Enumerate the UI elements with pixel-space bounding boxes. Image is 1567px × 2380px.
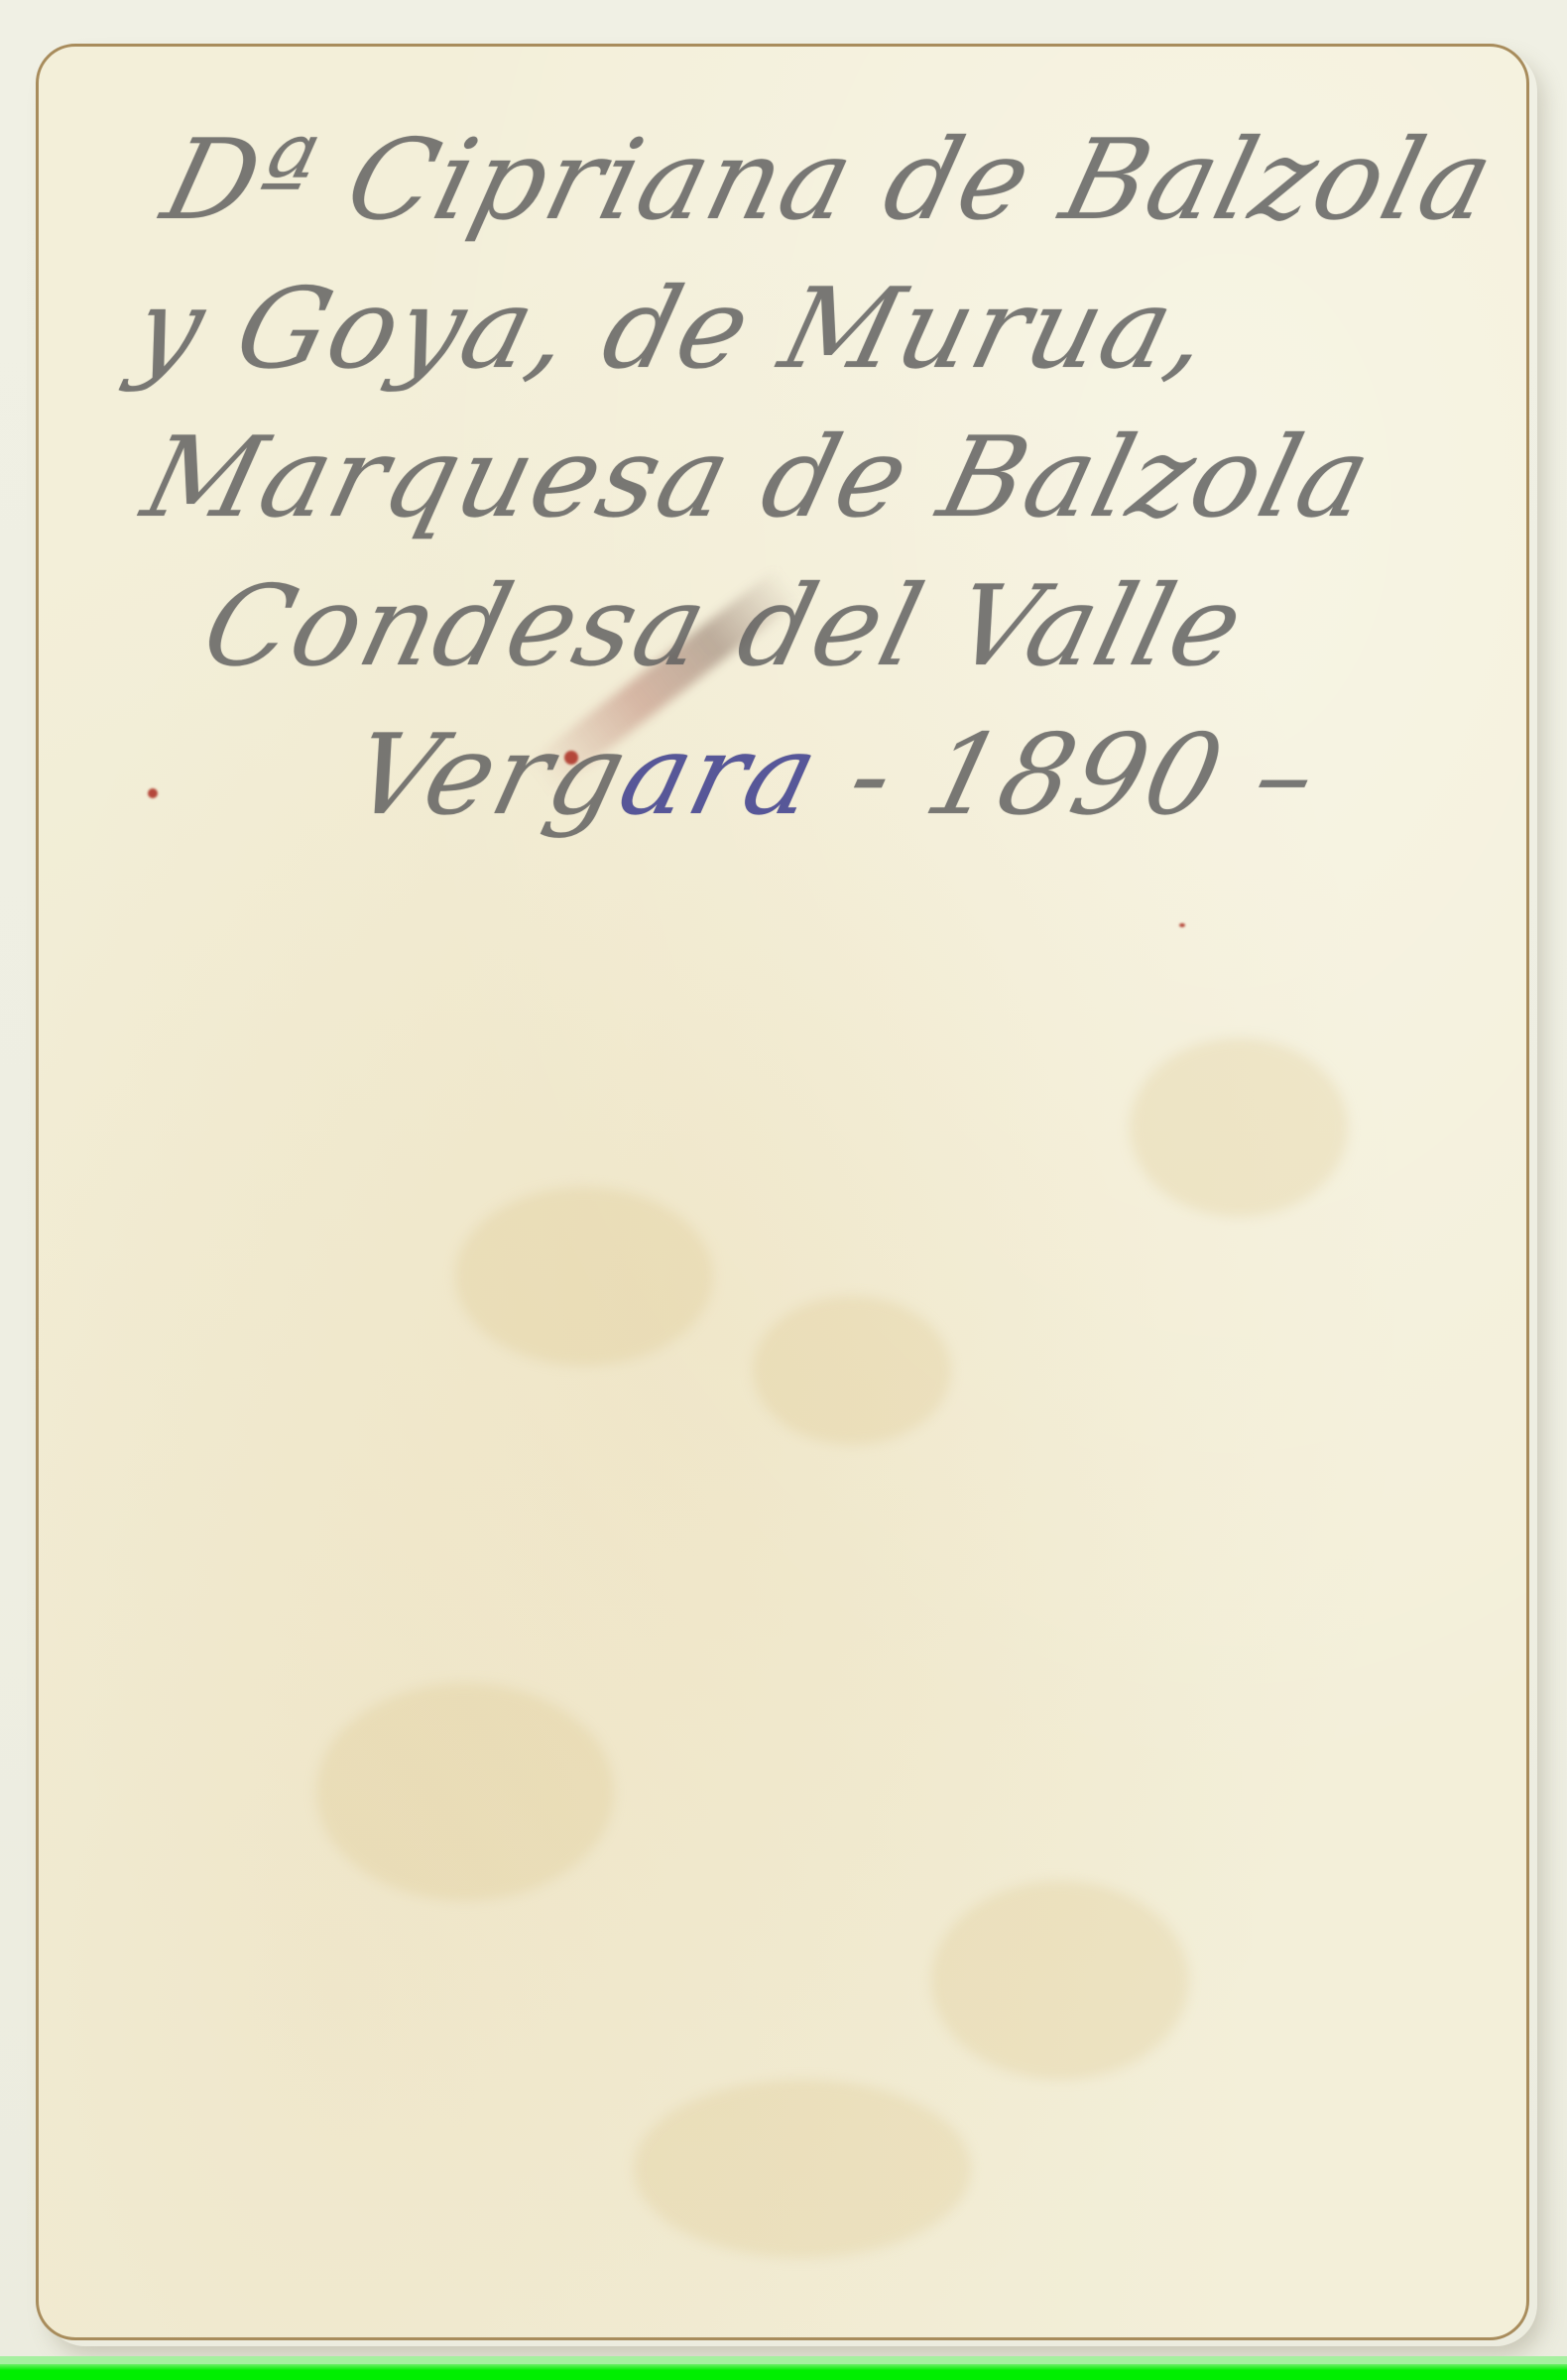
foxing-stain [753, 1296, 951, 1445]
scan-color-bar [0, 2364, 1567, 2380]
inscription-line-surname: y Goya, de Murua, [119, 255, 1455, 404]
foxing-stain [455, 1187, 713, 1366]
red-mark [1179, 923, 1185, 927]
foxing-stain [634, 2080, 971, 2258]
inscription-line-title-marquesa: Marquesa de Balzola [129, 404, 1455, 552]
scan-background: Dª Cipriana de Balzola y Goya, de Murua,… [0, 0, 1567, 2380]
foxing-stain [1130, 1038, 1348, 1217]
photo-card-back: Dª Cipriana de Balzola y Goya, de Murua,… [36, 44, 1529, 2340]
place-pencil-text: Verg [340, 711, 641, 840]
place-ink-text: ara [608, 711, 832, 840]
inscription-line-name: Dª Cipriana de Balzola [149, 106, 1455, 255]
inscription-line-place-date: Vergara - 1890 – [337, 701, 1455, 850]
inscription-line-title-condesa: Condesa del Valle [188, 552, 1455, 701]
foxing-stain [931, 1881, 1189, 2080]
handwritten-inscription: Dª Cipriana de Balzola y Goya, de Murua,… [128, 106, 1437, 850]
foxing-stain [316, 1683, 614, 1901]
scan-calibration-strip [0, 2356, 1567, 2364]
year-text: 1890 [913, 711, 1236, 840]
